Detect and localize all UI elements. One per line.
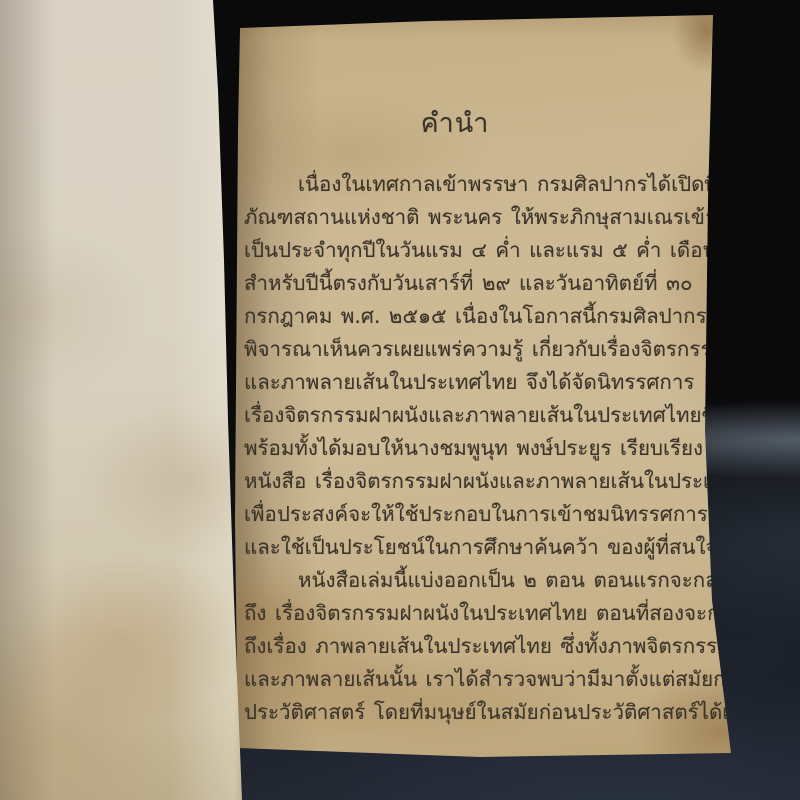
- text-line: พิจารณาเห็นควรเผยแพร่ความรู้ เกี่ยวกับเร…: [244, 333, 710, 366]
- text-line: และภาพลายเส้นในประเทศไทย จึงได้จัดนิทรรศ…: [244, 366, 710, 399]
- text-line: ภัณฑสถานแห่งชาติ พระนคร ให้พระภิกษุสามเณ…: [244, 201, 710, 234]
- page-title: คำนำ: [222, 104, 688, 146]
- text-line: เรื่องจิตรกรรมฝาผนังและภาพลายเส้นในประเท…: [244, 399, 710, 432]
- text-line: สำหรับปีนี้ตรงกับวันเสาร์ที่ ๒๙ และวันอา…: [244, 267, 710, 300]
- text-line: เพื่อประสงค์จะให้ใช้ประกอบในการเข้าชมนิท…: [244, 498, 710, 531]
- lifted-page: [0, 0, 260, 800]
- text-line: ประวัติศาสตร์ โดยที่มนุษย์ในสมัยก่อนประว…: [244, 696, 710, 729]
- text-line: ถึงเรื่อง ภาพลายเส้นในประเทศไทย ซึ่งทั้ง…: [244, 630, 710, 663]
- text-line: กรกฎาคม พ.ศ. ๒๕๑๕ เนื่องในโอกาสนี้กรมศิล…: [244, 300, 710, 333]
- text-line: หนังสือเล่มนี้แบ่งออกเป็น ๒ ตอน ตอนแรกจะ…: [244, 564, 710, 597]
- text-line: และภาพลายเส้นนั้น เราได้สำรวจพบว่ามีมาตั…: [244, 663, 710, 696]
- text-line: เนื่องในเทศกาลเข้าพรรษา กรมศิลปากรได้เปิ…: [244, 168, 710, 201]
- photo-background: คำนำ เนื่องในเทศกาลเข้าพรรษา กรมศิลปากรไ…: [0, 0, 800, 800]
- text-line: และใช้เป็นประโยชน์ในการศึกษาค้นคว้า ของผ…: [244, 531, 710, 564]
- text-line: หนังสือ เรื่องจิตรกรรมฝาผนังและภาพลายเส้…: [244, 465, 710, 498]
- page-text-lines: เนื่องในเทศกาลเข้าพรรษา กรมศิลปากรได้เปิ…: [244, 168, 710, 729]
- text-line: เป็นประจำทุกปีในวันแรม ๔ ค่ำ และแรม ๕ ค่…: [244, 234, 710, 267]
- text-line: ถึง เรื่องจิตรกรรมฝาผนังในประเทศไทย ตอนท…: [244, 597, 710, 630]
- page-text: คำนำ เนื่องในเทศกาลเข้าพรรษา กรมศิลปากรไ…: [244, 104, 710, 729]
- text-line: พร้อมทั้งได้มอบให้นางชมพูนุท พงษ์ประยูร …: [244, 432, 710, 465]
